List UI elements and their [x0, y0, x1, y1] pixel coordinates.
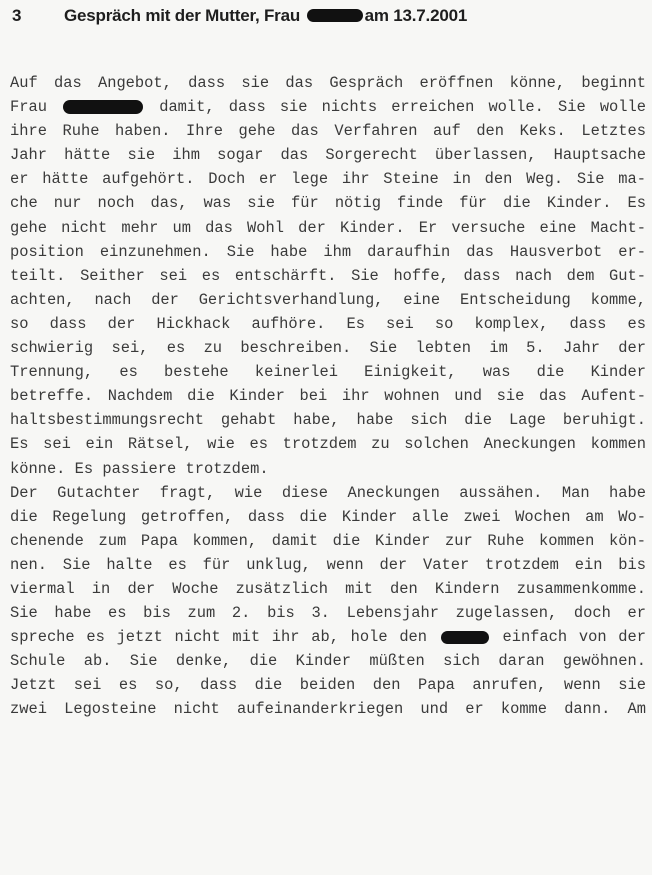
text-line: Sie habe es bis zum 2. bis 3. Lebensjahr… [10, 601, 646, 625]
text-segment: spreche es jetzt nicht mit ihr ab, hole … [10, 628, 439, 646]
scanned-document-page: 3Gespräch mit der Mutter, Frau am 13.7.2… [0, 0, 652, 875]
text-segment: Frau [10, 98, 61, 116]
text-line: gehe nicht mehr um das Wohl der Kinder. … [10, 216, 646, 240]
text-line: Schule ab. Sie denke, die Kinder müßten … [10, 649, 646, 673]
text-line: Trennung, es bestehe keinerlei Einigkeit… [10, 360, 646, 384]
text-line: spreche es jetzt nicht mit ihr ab, hole … [10, 625, 646, 649]
text-line: er hätte aufgehört. Doch er lege ihr Ste… [10, 167, 646, 191]
text-line: schwierig sei, es zu beschreiben. Sie le… [10, 336, 646, 360]
text-line: chenende zum Papa kommen, damit die Kind… [10, 529, 646, 553]
text-line: Jahr hätte sie ihm sogar das Sorgerecht … [10, 143, 646, 167]
document-body: Auf das Angebot, dass sie das Gespräch e… [10, 71, 646, 722]
heading-title-before: Gespräch mit der Mutter, Frau [64, 6, 300, 25]
text-line: achten, nach der Gerichtsverhandlung, ei… [10, 288, 646, 312]
text-line: haltsbestimmungsrecht gehabt habe, habe … [10, 408, 646, 432]
text-line: teilt. Seither sei es entschärft. Sie ho… [10, 264, 646, 288]
text-line: die Regelung getroffen, dass die Kinder … [10, 505, 646, 529]
text-line: Es sei ein Rätsel, wie es trotzdem zu so… [10, 432, 646, 456]
text-segment: einfach von der [491, 628, 646, 646]
redaction-mark [63, 100, 143, 114]
heading-title-after: am 13.7.2001 [365, 6, 468, 25]
redaction-mark [307, 9, 363, 22]
text-line: viermal in der Woche zusätzlich mit den … [10, 577, 646, 601]
text-line: position einzunehmen. Sie habe ihm darau… [10, 240, 646, 264]
text-segment: damit, dass sie nichts erreichen wolle. … [145, 98, 646, 116]
text-line: könne. Es passiere trotzdem. [10, 457, 646, 481]
text-line: Frau damit, dass sie nichts erreichen wo… [10, 95, 646, 119]
text-line: Der Gutachter fragt, wie diese Aneckunge… [10, 481, 646, 505]
text-line: nen. Sie halte es für unklug, wenn der V… [10, 553, 646, 577]
text-line: che nur noch das, was sie für nötig find… [10, 191, 646, 215]
section-heading: 3Gespräch mit der Mutter, Frau am 13.7.2… [12, 6, 467, 26]
text-line: Auf das Angebot, dass sie das Gespräch e… [10, 71, 646, 95]
redaction-mark [441, 631, 489, 644]
text-line: ihre Ruhe haben. Ihre gehe das Verfahren… [10, 119, 646, 143]
text-line: betreffe. Nachdem die Kinder bei ihr woh… [10, 384, 646, 408]
text-line: so dass der Hickhack aufhöre. Es sei so … [10, 312, 646, 336]
text-line: zwei Legosteine nicht aufeinanderkriegen… [10, 697, 646, 721]
section-number: 3 [12, 6, 64, 26]
text-line: Jetzt sei es so, dass die beiden den Pap… [10, 673, 646, 697]
